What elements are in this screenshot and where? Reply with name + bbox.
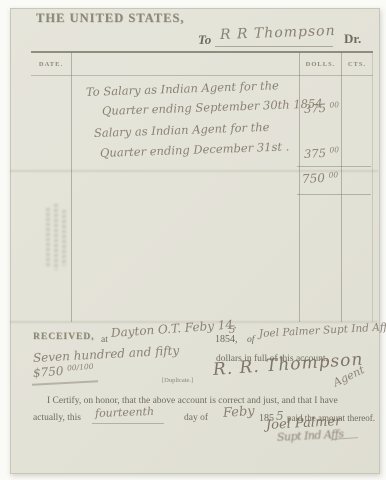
entry-2-dollars: 375 [304,146,327,161]
entry-2-cents: 00 [329,145,339,154]
stamp-text-column-3 [62,210,66,266]
scanned-voucher-page: THE UNITED STATES, To R R Thompson Dr. D… [0,0,386,480]
total-cents: 00 [328,170,338,179]
column-header-dollars: DOLLS. [300,61,341,68]
rule-below-total [297,194,371,195]
stamp-text-column-1 [46,208,50,268]
entry-1-cents: 00 [329,100,339,109]
column-header-date: DATE. [33,61,69,68]
stamp-text-column-2 [54,204,58,270]
day-written-handwritten: fourteenth [95,405,154,420]
cents-column-divider [341,52,342,322]
sum-rule-above-total [297,166,371,167]
faint-stamp [44,204,70,272]
to-label: To [198,32,211,48]
amount-figures-dollars: $750 [33,364,64,380]
duplicate-note: [Duplicate.] [162,377,193,384]
top-thick-rule [31,51,373,53]
certification-line-1: I Certify, on honor, that the above acco… [47,396,338,406]
of-label: of [247,335,254,345]
dollars-column-divider [299,52,300,322]
entry-1-amount: 375 00 [304,100,340,116]
column-header-cents: CTS. [342,61,372,68]
month-written-handwritten: Feby [222,404,255,421]
header-underline [31,75,373,76]
certification-line-2-prefix: actually, this [33,413,81,423]
received-year-correction: 5 [229,325,235,336]
right-edge-line [372,52,373,322]
dr-label: Dr. [344,31,361,47]
total-dollars: 750 [302,171,326,186]
entry-1-dollars: 375 [304,101,327,116]
day-written-underline [92,423,164,424]
page-title: THE UNITED STATES, [36,11,184,26]
payee-underline [215,46,333,47]
day-of-label: day of [184,413,208,423]
at-label: at [101,335,108,345]
total-amount: 750 00 [302,170,339,186]
amount-figures-fraction: 00/100 [67,362,94,373]
date-column-divider [71,52,72,322]
entry-2-amount: 375 00 [304,145,340,161]
received-label: RECEIVED, [33,332,95,342]
